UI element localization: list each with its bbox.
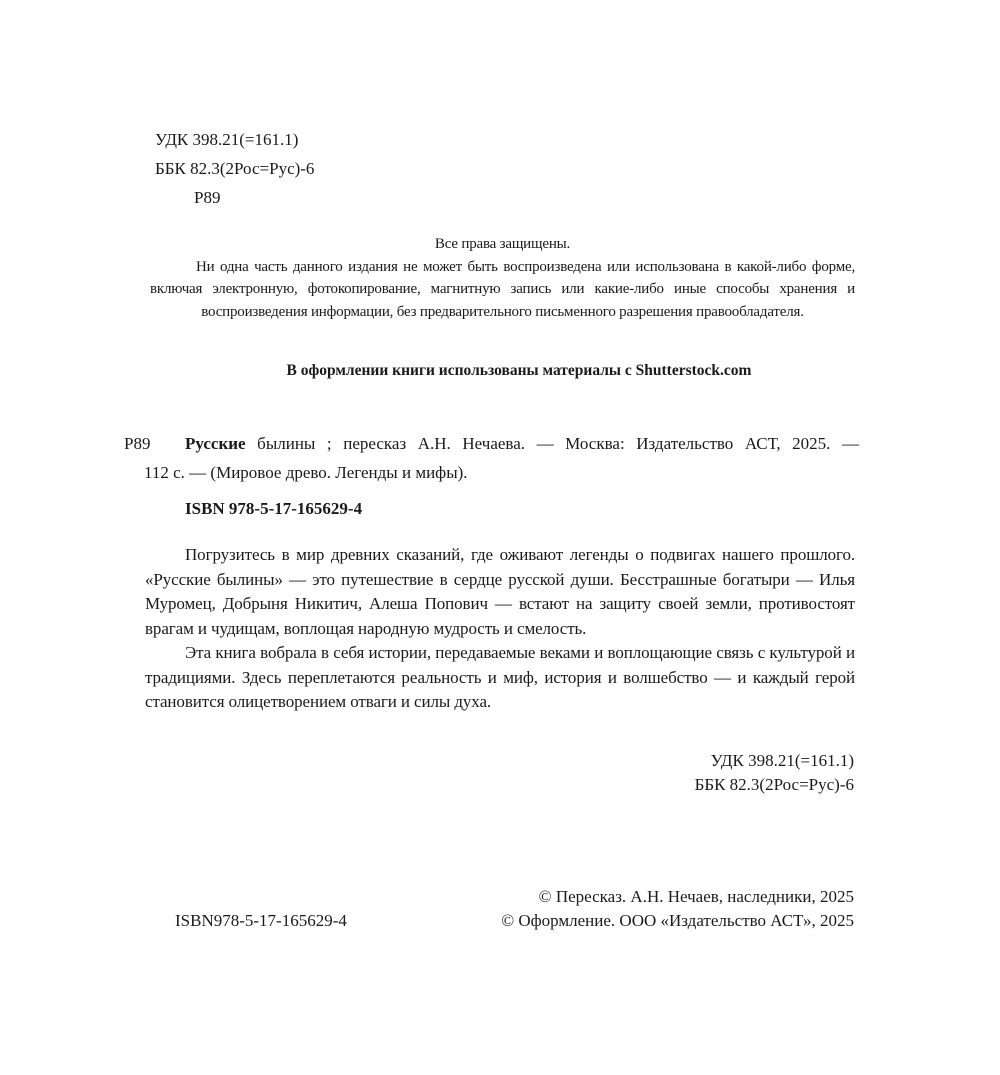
annotation-paragraph: Погрузитесь в мир древних сказаний, где … — [145, 543, 855, 641]
udk-code: УДК 398.21(=161.1) — [155, 130, 298, 150]
annotation: Погрузитесь в мир древних сказаний, где … — [145, 543, 855, 715]
rights-notice: Все права защищены. Ни одна часть данног… — [150, 233, 855, 323]
image-credits-text: В оформлении книги использованы материал… — [287, 362, 752, 379]
bibliographic-line-1-rest: былины ; пересказ А.Н. Нечаева. — Москва… — [246, 434, 859, 453]
author-mark: Р89 — [194, 188, 220, 208]
isbn-plain: ISBN978-5-17-165629-4 — [175, 911, 347, 931]
annotation-paragraph: Эта книга вобрала в себя истории, переда… — [145, 641, 855, 715]
bibliographic-author-mark: Р89 — [124, 430, 150, 458]
bibliographic-title-bold: Русские — [185, 434, 246, 453]
bbk-code-bottom: ББК 82.3(2Рос=Рус)-6 — [695, 775, 854, 795]
copyright-design: © Оформление. ООО «Издательство АСТ», 20… — [501, 911, 854, 931]
bibliographic-line-1: Русские былины ; пересказ А.Н. Нечаева. … — [185, 430, 859, 458]
rights-title: Все права защищены. — [150, 233, 855, 256]
image-credits: В оформлении книги использованы материал… — [0, 362, 1000, 380]
udk-code-bottom: УДК 398.21(=161.1) — [711, 751, 854, 771]
bbk-code: ББК 82.3(2Рос=Рус)-6 — [155, 159, 314, 179]
isbn-bold: ISBN 978-5-17-165629-4 — [185, 499, 362, 519]
copyright-retelling: © Пересказ. А.Н. Нечаев, наследники, 202… — [539, 887, 854, 907]
rights-text: Ни одна часть данного издания не может б… — [150, 256, 855, 324]
bibliographic-line-2: 112 с. — (Мировое древо. Легенды и мифы)… — [144, 459, 468, 487]
